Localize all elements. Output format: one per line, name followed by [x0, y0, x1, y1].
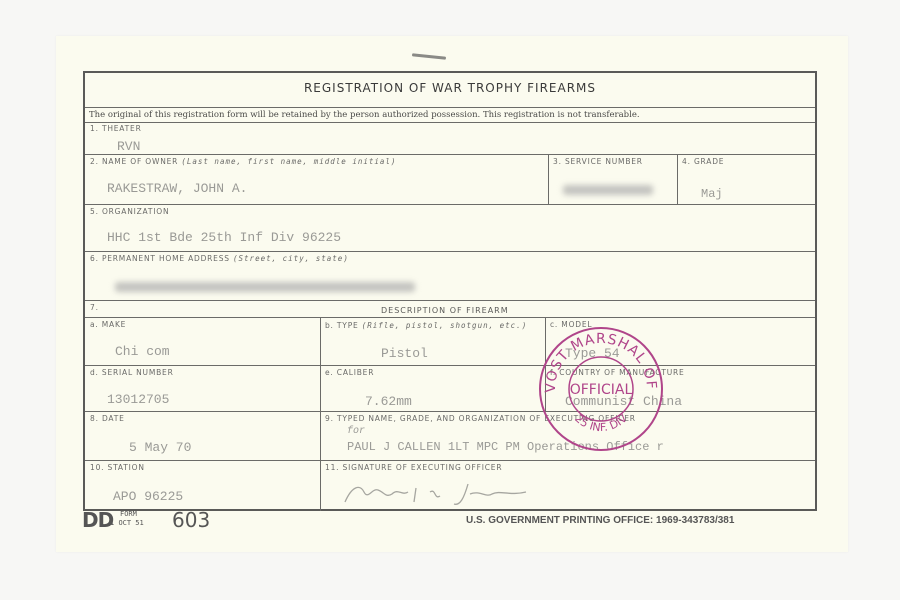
theater-value: RVN — [117, 139, 140, 154]
divider — [320, 461, 321, 511]
divider — [320, 366, 321, 411]
make-label: a. MAKE — [90, 320, 126, 329]
service-number-redacted — [563, 185, 653, 195]
serial-number-label: d. SERIAL NUMBER — [90, 368, 174, 377]
field-home-address: 6. PERMANENT HOME ADDRESS (Street, city,… — [85, 252, 815, 301]
type-value: Pistol — [381, 346, 428, 361]
country-label: f. COUNTRY OF MANUFACTURE — [550, 368, 685, 377]
divider — [320, 318, 321, 365]
field-theater: 1. THEATER RVN — [85, 122, 815, 155]
field-organization: 5. ORGANIZATION HHC 1st Bde 25th Inf Div… — [85, 205, 815, 252]
divider — [548, 155, 549, 204]
footer-gpo: U.S. GOVERNMENT PRINTING OFFICE: 1969-34… — [466, 515, 734, 526]
home-address-label: 6. PERMANENT HOME ADDRESS (Street, city,… — [90, 254, 349, 263]
section-7-title: DESCRIPTION OF FIREARM — [381, 306, 509, 315]
service-number-label: 3. SERVICE NUMBER — [553, 157, 643, 166]
officer-initials: for — [347, 426, 365, 437]
grade-value: Maj — [701, 187, 723, 201]
footer-dd: DD — [82, 508, 113, 532]
organization-value: HHC 1st Bde 25th Inf Div 96225 — [107, 230, 341, 245]
section-description: 7. DESCRIPTION OF FIREARM — [85, 301, 815, 318]
row-make-type-model: a. MAKE Chi com b. TYPE (Rifle, pistol, … — [85, 318, 815, 366]
row-date-officer: 8. DATE 5 May 70 9. TYPED NAME, GRADE, A… — [85, 412, 815, 461]
form-title: REGISTRATION OF WAR TROPHY FIREARMS — [85, 81, 815, 95]
make-value: Chi com — [115, 344, 170, 359]
grade-label: 4. GRADE — [682, 157, 724, 166]
model-value: Type 54 — [565, 346, 620, 361]
signature-label: 11. SIGNATURE OF EXECUTING OFFICER — [325, 463, 502, 472]
theater-label: 1. THEATER — [90, 124, 142, 133]
footer-form-number: 603 — [172, 508, 210, 532]
date-value: 5 May 70 — [129, 440, 191, 455]
date-label: 8. DATE — [90, 414, 125, 423]
station-value: APO 96225 — [113, 489, 183, 504]
owner-name-label: 2. NAME OF OWNER (Last name, first name,… — [90, 157, 396, 166]
footer-form-date: FORM 1 OCT 51 — [110, 510, 144, 528]
type-label: b. TYPE (Rifle, pistol, shotgun, etc.) — [325, 320, 535, 331]
registration-form: REGISTRATION OF WAR TROPHY FIREARMS The … — [83, 71, 817, 511]
row-serial-caliber-country: d. SERIAL NUMBER 13012705 e. CALIBER 7.6… — [85, 366, 815, 412]
home-address-redacted — [115, 282, 415, 292]
divider — [545, 366, 546, 411]
form-notice: The original of this registration form w… — [85, 107, 815, 123]
country-value: Communist China — [565, 394, 682, 409]
owner-name-value: RAKESTRAW, JOHN A. — [107, 181, 247, 196]
divider — [545, 318, 546, 365]
station-label: 10. STATION — [90, 463, 145, 472]
section-7-number: 7. — [90, 303, 99, 312]
caliber-label: e. CALIBER — [325, 368, 374, 377]
divider — [677, 155, 678, 204]
organization-label: 5. ORGANIZATION — [90, 207, 169, 216]
model-label: c. MODEL — [550, 320, 592, 329]
serial-number-value: 13012705 — [107, 392, 169, 407]
executing-officer-value: PAUL J CALLEN 1LT MPC PM Operations Offi… — [347, 440, 664, 454]
caliber-value: 7.62mm — [365, 394, 412, 409]
row-owner: 2. NAME OF OWNER (Last name, first name,… — [85, 155, 815, 205]
row-station-signature: 10. STATION APO 96225 11. SIGNATURE OF E… — [85, 461, 815, 511]
divider — [320, 412, 321, 460]
executing-officer-label: 9. TYPED NAME, GRADE, AND ORGANIZATION O… — [325, 414, 636, 423]
